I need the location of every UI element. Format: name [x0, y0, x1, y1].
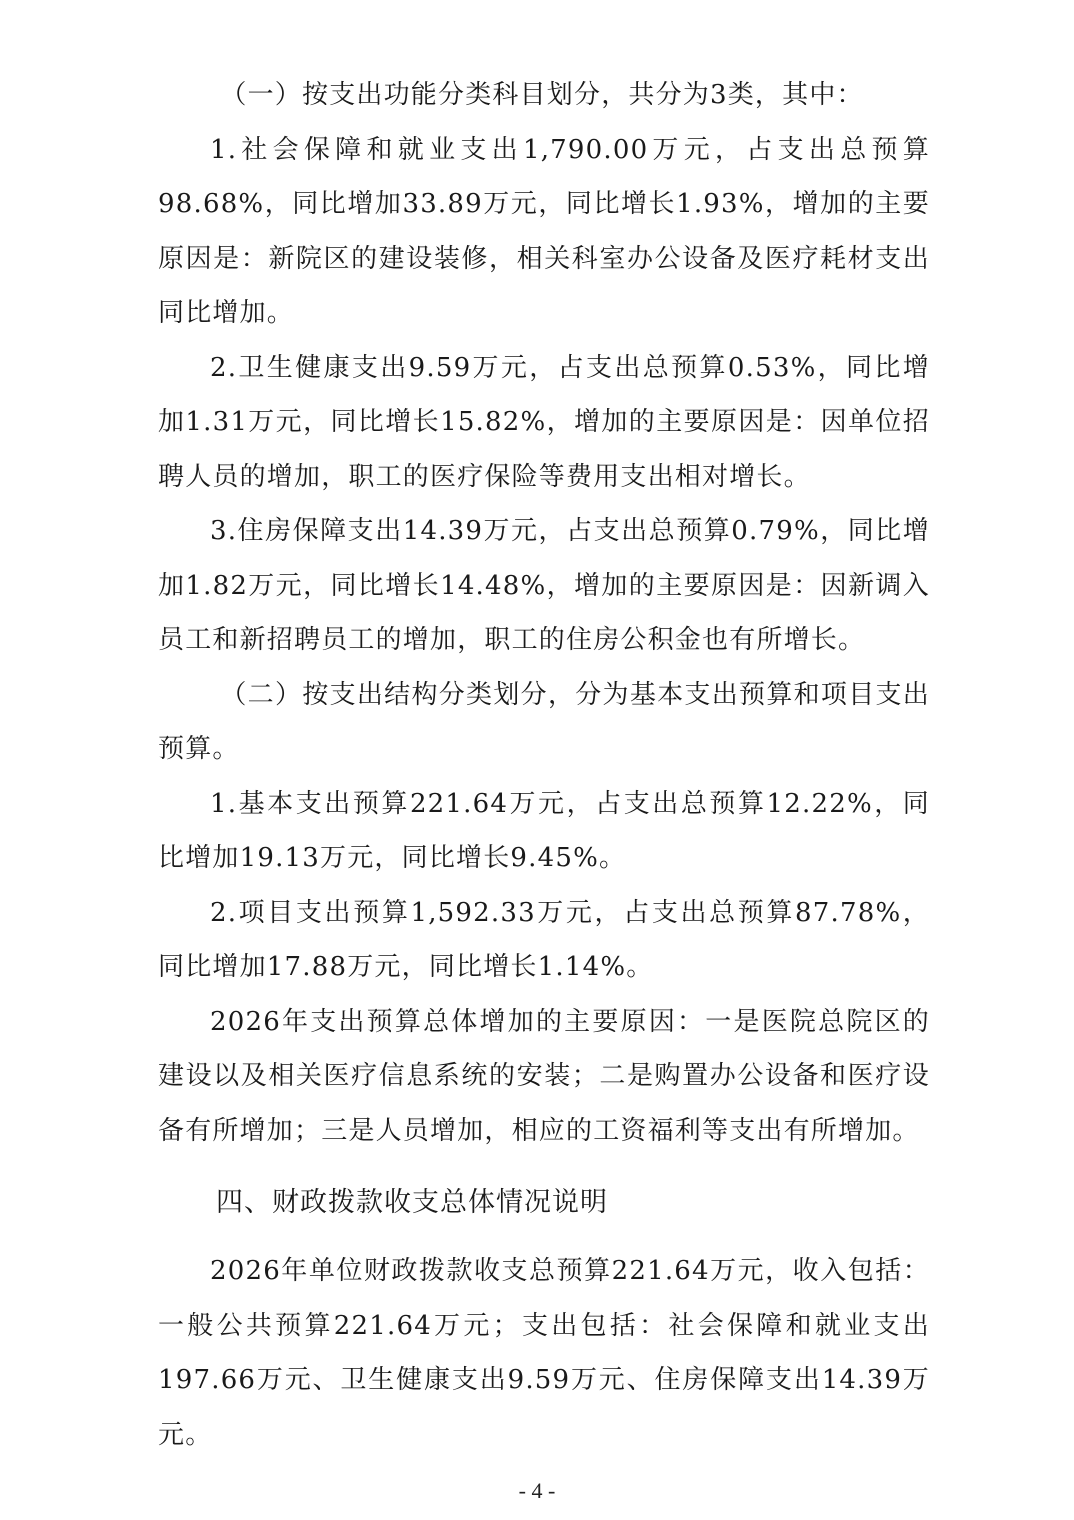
page-number: - 4 -: [0, 1478, 1074, 1504]
paragraph-health-expenditure: 2.卫生健康支出9.59万元，占支出总预算0.53%，同比增加1.31万元，同比…: [158, 341, 930, 505]
paragraph-social-security-expenditure: 1.社会保障和就业支出1,790.00万元，占支出总预算98.68%，同比增加3…: [158, 123, 930, 341]
document-page: （一）按支出功能分类科目划分，共分为3类，其中： 1.社会保障和就业支出1,79…: [158, 68, 930, 1462]
paragraph-project-expenditure: 2.项目支出预算1,592.33万元，占支出总预算87.78%，同比增加17.8…: [158, 886, 930, 995]
section-heading: 四、财政拨款收支总体情况说明: [158, 1176, 930, 1230]
paragraph-function-classification-intro: （一）按支出功能分类科目划分，共分为3类，其中：: [158, 68, 930, 123]
paragraph-overall-increase-reasons: 2026年支出预算总体增加的主要原因：一是医院总院区的建设以及相关医疗信息系统的…: [158, 995, 930, 1159]
paragraph-housing-expenditure: 3.住房保障支出14.39万元，占支出总预算0.79%，同比增加1.82万元，同…: [158, 504, 930, 668]
paragraph-basic-expenditure: 1.基本支出预算221.64万元，占支出总预算12.22%，同比增加19.13万…: [158, 777, 930, 886]
paragraph-structure-classification-intro: （二）按支出结构分类划分，分为基本支出预算和项目支出预算。: [158, 668, 930, 777]
paragraph-fiscal-appropriation-summary: 2026年单位财政拨款收支总预算221.64万元，收入包括：一般公共预算221.…: [158, 1244, 930, 1462]
